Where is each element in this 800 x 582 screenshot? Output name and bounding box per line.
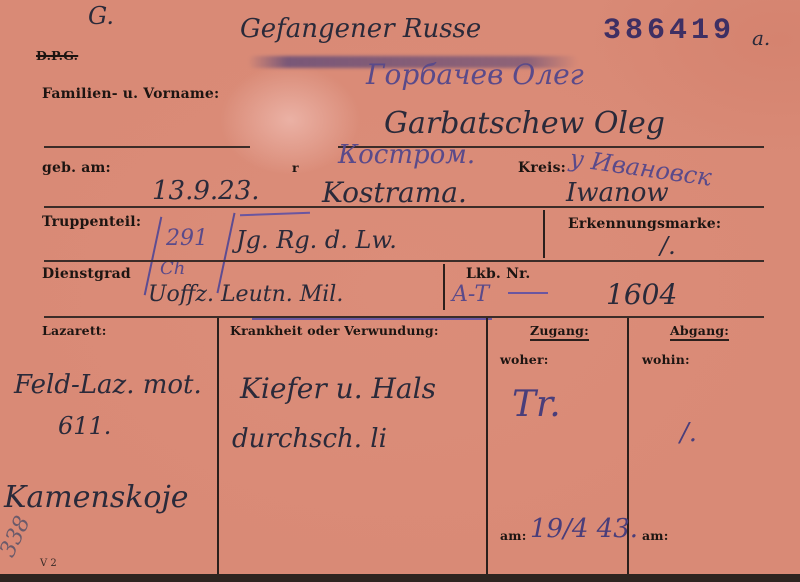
id-tag-value: /. xyxy=(660,232,676,260)
diagnosis-column-header: Krankheit oder Verwundung: xyxy=(230,323,439,338)
serial-suffix: a. xyxy=(752,26,770,50)
pencil-number: 338 xyxy=(0,512,36,561)
diagnosis-line-2: durchsch. li xyxy=(232,424,387,454)
divider xyxy=(543,210,545,258)
birth-place-latin: Kostrama. xyxy=(322,176,467,209)
abbreviation-correction: G. xyxy=(88,2,114,30)
discharge-column-header: Abgang: xyxy=(670,323,729,341)
id-tag-label: Erkennungsmarke: xyxy=(568,216,721,232)
discharge-to-value: /. xyxy=(680,418,697,448)
birth-place-label: r xyxy=(292,160,299,175)
hospital-line-1: Feld-Laz. mot. xyxy=(14,370,202,400)
hospital-line-2: 611. xyxy=(58,412,111,440)
divider xyxy=(443,264,445,310)
rule-line xyxy=(44,260,764,262)
birth-date-value: 13.9.23. xyxy=(152,176,260,206)
district-label: Kreis: xyxy=(518,160,566,176)
status-handwritten: Gefangener Russe xyxy=(240,14,481,44)
name-label: Familien- u. Vorname: xyxy=(42,86,219,102)
admission-date-value: 19/4 43. xyxy=(530,514,638,544)
admission-from-label: woher: xyxy=(500,352,549,367)
diagnosis-line-1: Kiefer u. Hals xyxy=(240,372,436,405)
lkb-number-value: 1604 xyxy=(606,278,677,311)
discharge-to-label: wohin: xyxy=(642,352,690,367)
pencil-underline xyxy=(252,318,492,320)
record-card: D.P.G. G. Gefangener Russe 386419 a. Fam… xyxy=(0,0,800,578)
admission-date-label: am: xyxy=(500,528,527,543)
name-cyrillic: Горбачев Олег xyxy=(366,58,584,91)
rank-label: Dienstgrad xyxy=(42,266,131,282)
admission-from-value: Tr. xyxy=(512,384,561,425)
pencil-line xyxy=(240,212,310,216)
birth-date-label: geb. am: xyxy=(42,160,111,176)
hospital-line-3: Kamenskoje xyxy=(4,480,189,515)
lkb-number-label: Lkb. Nr. xyxy=(466,266,530,282)
rule-line xyxy=(44,206,764,208)
print-code: V 2 xyxy=(40,558,57,569)
admission-column-header: Zugang: xyxy=(530,323,589,341)
column-divider xyxy=(486,318,488,574)
card-bottom-edge xyxy=(0,574,800,582)
birth-place-cyrillic: Костром. xyxy=(338,140,475,170)
unit-label: Truppenteil: xyxy=(42,214,141,230)
discharge-date-label: am: xyxy=(642,528,669,543)
hospital-column-header: Lazarett: xyxy=(42,323,107,338)
name-latin: Garbatschew Oleg xyxy=(384,106,665,141)
district-latin: Iwanow xyxy=(566,178,669,208)
column-divider xyxy=(217,318,219,574)
printed-abbreviation: D.P.G. xyxy=(36,48,78,63)
rule-line xyxy=(44,146,250,148)
unit-value: Jg. Rg. d. Lw. xyxy=(236,226,397,254)
rank-value: Uoffz. Leutn. Mil. xyxy=(148,282,343,307)
unit-pencil-value: 291 xyxy=(166,226,224,251)
serial-number-stamp: 386419 xyxy=(603,14,735,48)
pencil-line xyxy=(508,292,548,294)
rank-pencil-value: A-T xyxy=(452,282,489,307)
